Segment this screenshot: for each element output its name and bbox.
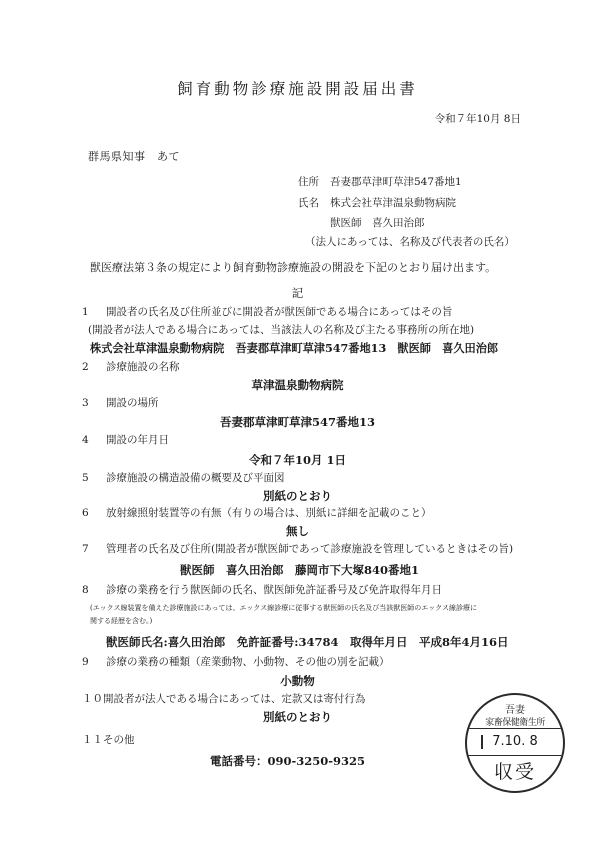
item-4-label: 4開設の年月日 xyxy=(82,432,169,447)
item-1-value: 株式会社草津温泉動物病院 吾妻郡草津町草津547番地13 獣医師 喜久田治郎 xyxy=(90,340,498,356)
item-2-label: 2診療施設の名称 xyxy=(82,359,180,374)
stamp-date: 7.10. 8 xyxy=(492,734,537,749)
applicant-name-note: （法人にあっては、名称及び代表者の氏名） xyxy=(305,234,515,249)
submission-date: 令和７年10月 8日 xyxy=(435,111,521,126)
item-7-value: 獣医師 喜久田治郎 藤岡市下大塚840番地1 xyxy=(180,562,419,578)
applicant-representative: 獣医師 喜久田治郎 xyxy=(330,215,425,230)
received-stamp: 吾妻 家畜保健衛生所 7.10. 8 収受 xyxy=(465,693,565,793)
item-10-label: １０開設者が法人である場合にあっては、定款又は寄付行為 xyxy=(82,691,365,706)
item-8-label: 8診療の業務を行う獣医師の氏名、獣医師免許証番号及び免許取得年月日 xyxy=(82,582,442,597)
item-5-label: 5診療施設の構造設備の概要及び平面図 xyxy=(82,470,285,485)
recipient: 群馬県知事 あて xyxy=(88,148,180,164)
stamp-office-name: 家畜保健衛生所 xyxy=(467,715,563,728)
stamp-date-band: 7.10. 8 xyxy=(467,728,563,756)
stamp-era-mark xyxy=(481,735,483,749)
item-8-note-line2: 関する経歴を含む。) xyxy=(90,616,152,626)
item-7-label: 7管理者の氏名及び住所(開設者が獣医師であって診療施設を管理しているときはその旨… xyxy=(82,541,513,556)
applicant-name-label: 氏名 xyxy=(298,195,319,210)
item-8-value: 獣医師氏名:喜久田治郎 免許証番号:34784 取得年月日 平成8年4月16日 xyxy=(106,634,509,650)
applicant-address: 吾妻郡草津町草津547番地1 xyxy=(330,174,462,189)
item-1-sublabel: (開設者が法人である場合にあっては、当該法人の名称及び主たる事務所の所在地) xyxy=(88,322,474,337)
item-3-value: 吾妻郡草津町草津547番地13 xyxy=(0,414,595,430)
document-title: 飼育動物診療施設開設届出書 xyxy=(0,77,595,99)
applicant-address-label: 住所 xyxy=(298,174,319,189)
item-5-value: 別紙のとおり xyxy=(0,488,595,504)
stamp-office-region: 吾妻 xyxy=(467,701,563,716)
item-11-label: １１その他 xyxy=(82,732,135,747)
item-2-value: 草津温泉動物病院 xyxy=(0,377,595,393)
item-9-value: 小動物 xyxy=(0,673,595,689)
item-1-label: 1開設者の氏名及び住所並びに開設者が獣医師である場合にあってはその旨 xyxy=(82,304,452,319)
intro-statement: 獣医療法第３条の規定により飼育動物診療施設の開設を下記のとおり届け出ます。 xyxy=(90,259,496,275)
ki-heading: 記 xyxy=(0,285,595,301)
item-9-label: 9診療の業務の種類（産業動物、小動物、その他の別を記載） xyxy=(82,654,390,669)
item-4-value: 令和７年10月 1日 xyxy=(0,452,595,468)
item-3-label: 3開設の場所 xyxy=(82,395,159,410)
item-6-value: 無し xyxy=(0,523,595,539)
item-8-note-line1: (エックス線装置を備えた診療施設にあっては、エックス線診療に従事する獣医師の氏名… xyxy=(90,603,477,613)
stamp-received-label: 収受 xyxy=(467,757,563,784)
applicant-name: 株式会社草津温泉動物病院 xyxy=(330,195,456,210)
item-6-label: 6放射線照射装置等の有無（有りの場合は、別紙に詳細を記載のこと） xyxy=(82,505,432,520)
